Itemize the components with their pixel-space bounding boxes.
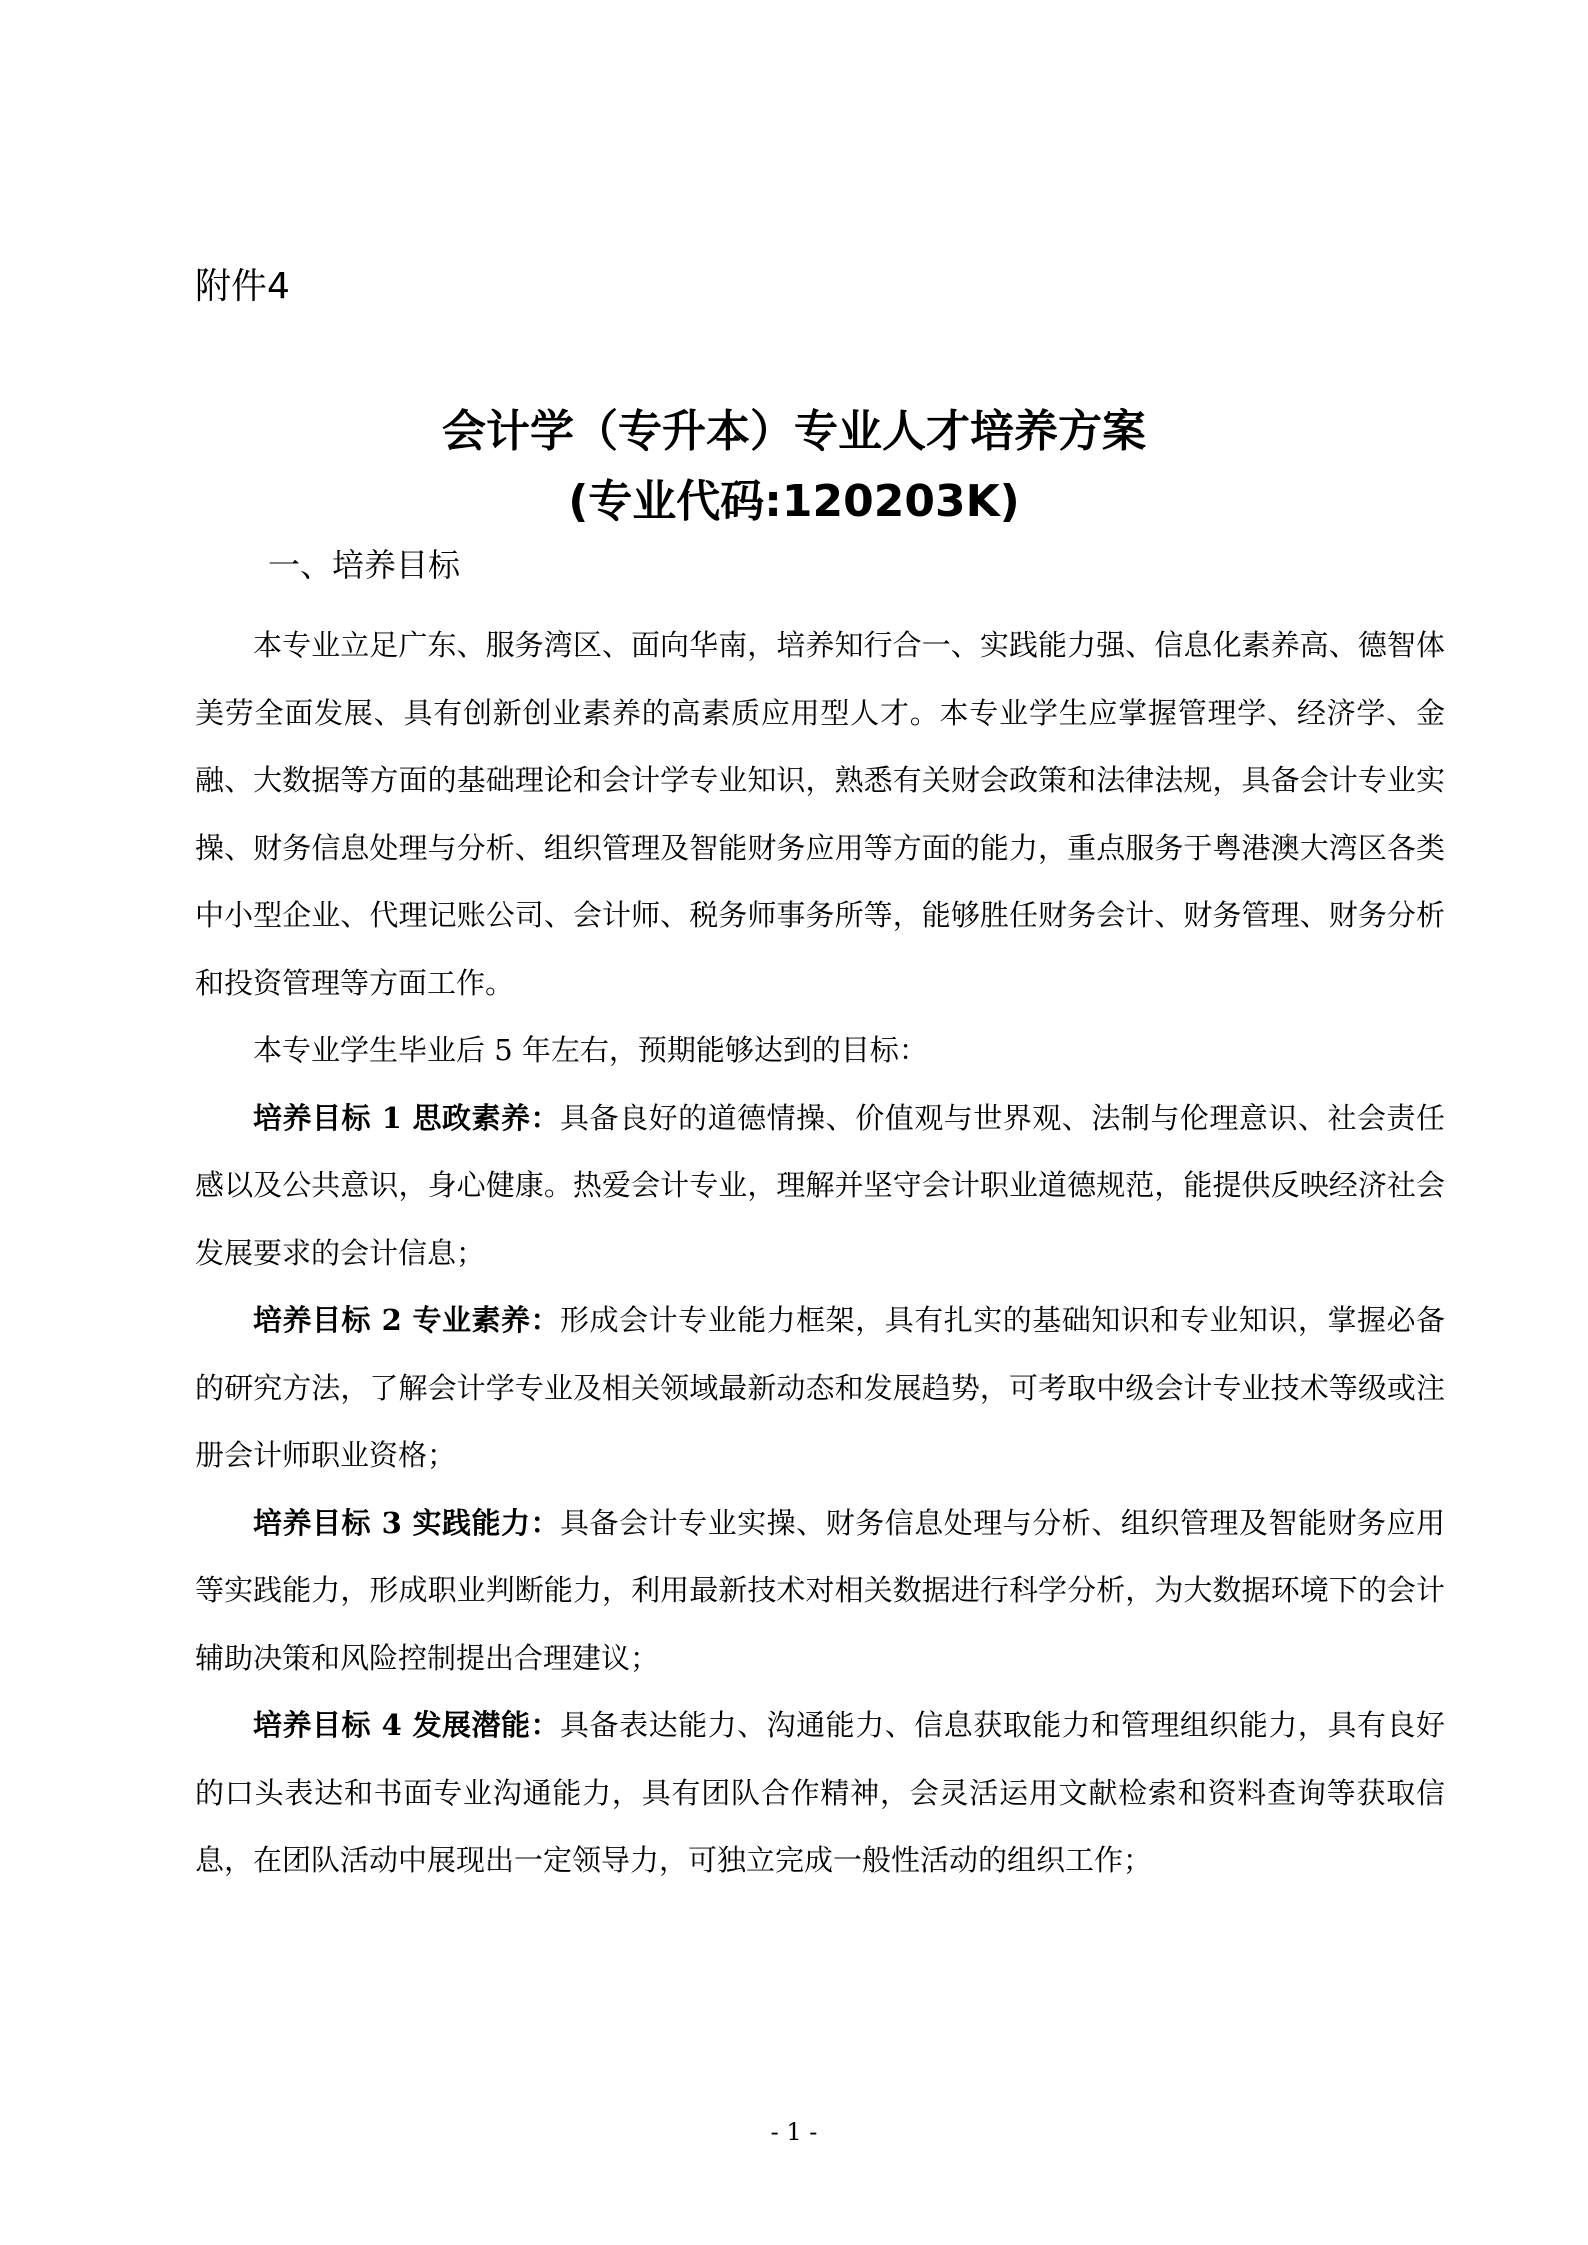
goal-paragraph: 培养目标 4 发展潜能：具备表达能力、沟通能力、信息获取能力和管理组织能力，具有… [195,1692,1445,1895]
goal-label: 培养目标 1 思政素养： [253,1101,560,1135]
page-number: - 1 - [0,2118,1588,2146]
section-heading: 一、培养目标 [268,540,460,586]
attachment-label: 附件4 [195,258,290,309]
goal-label: 培养目标 3 实践能力： [253,1506,560,1540]
document-body: 本专业立足广东、服务湾区、面向华南，培养知行合一、实践能力强、信息化素养高、德智… [195,612,1445,1895]
goal-paragraph: 培养目标 1 思政素养：具备良好的道德情操、价值观与世界观、法制与伦理意识、社会… [195,1085,1445,1288]
document-page: 附件4 会计学（专升本）专业人才培养方案 (专业代码:120203K) 一、培养… [0,0,1588,2245]
goal-paragraph: 培养目标 3 实践能力：具备会计专业实操、财务信息处理与分析、组织管理及智能财务… [195,1490,1445,1693]
paragraph: 本专业学生毕业后 5 年左右，预期能够达到的目标： [195,1017,1445,1085]
program-code: (专业代码:120203K) [0,465,1588,529]
goal-label: 培养目标 4 发展潜能： [253,1708,560,1742]
paragraph: 本专业立足广东、服务湾区、面向华南，培养知行合一、实践能力强、信息化素养高、德智… [195,612,1445,1017]
document-title: 会计学（专升本）专业人才培养方案 [0,395,1588,459]
goal-paragraph: 培养目标 2 专业素养：形成会计专业能力框架，具有扎实的基础知识和专业知识，掌握… [195,1287,1445,1490]
goal-label: 培养目标 2 专业素养： [253,1303,560,1337]
